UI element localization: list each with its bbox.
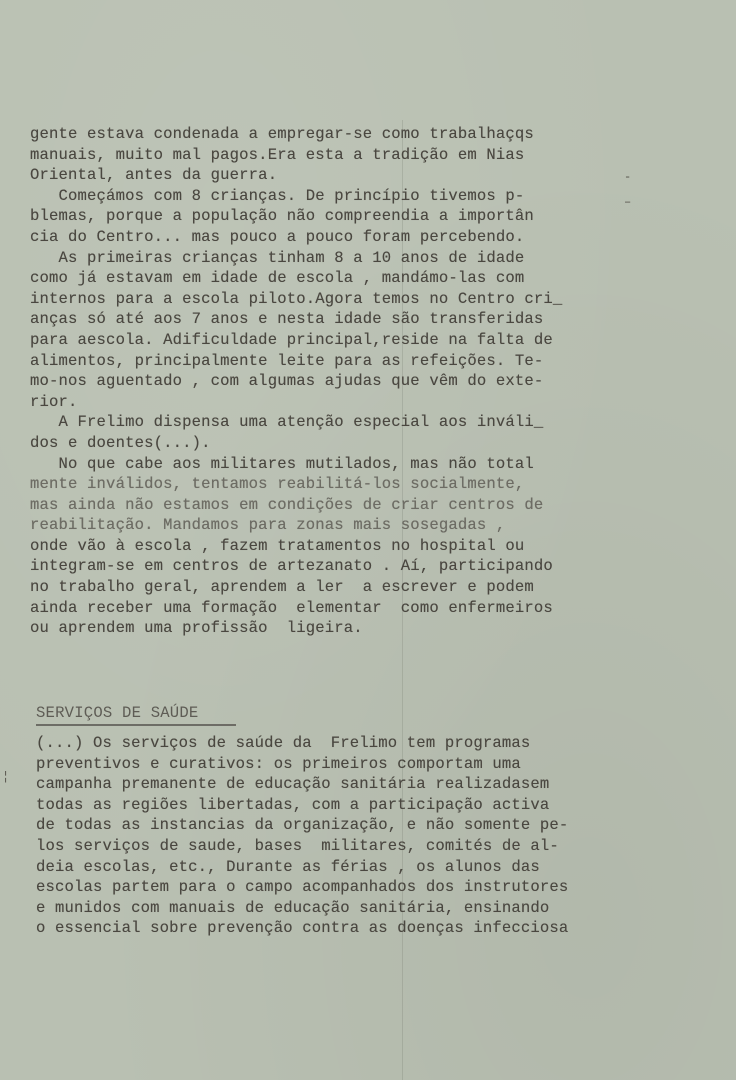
text-line: anças só até aos 7 anos e nesta idade sã…: [30, 309, 720, 330]
margin-mark: –: [624, 195, 631, 209]
typewritten-section: (...) Os serviços de saúde da Frelimo te…: [36, 733, 726, 939]
text-line: ainda receber uma formação elementar com…: [30, 598, 720, 619]
text-line: como já estavam em idade de escola , man…: [30, 268, 720, 289]
text-line: onde vão à escola , fazem tratamentos no…: [30, 536, 720, 557]
text-line: los serviços de saude, bases militares, …: [36, 836, 726, 857]
text-line: e munidos com manuais de educação sanitá…: [36, 898, 726, 919]
typewritten-body: gente estava condenada a empregar-se com…: [30, 124, 720, 639]
text-line: (...) Os serviços de saúde da Frelimo te…: [36, 733, 726, 754]
text-line: alimentos, principalmente leite para as …: [30, 351, 720, 372]
text-line: cia do Centro... mas pouco a pouco foram…: [30, 227, 720, 248]
text-line: para aescola. Adificuldade principal,res…: [30, 330, 720, 351]
text-line: mente inválidos, tentamos reabilitá-los …: [30, 474, 720, 495]
text-line: rior.: [30, 392, 720, 413]
text-line: de todas as instancias da organização, e…: [36, 815, 726, 836]
paper-page: gente estava condenada a empregar-se com…: [0, 0, 736, 1080]
text-line: As primeiras crianças tinham 8 a 10 anos…: [30, 248, 720, 269]
text-line: internos para a escola piloto.Agora temo…: [30, 289, 720, 310]
text-line: No que cabe aos militares mutilados, mas…: [30, 454, 720, 475]
text-line: A Frelimo dispensa uma atenção especial …: [30, 412, 720, 433]
margin-mark: ¦: [2, 770, 9, 784]
text-line: integram-se em centros de artezanato . A…: [30, 556, 720, 577]
section-heading: SERVIÇOS DE SAÚDE: [36, 704, 198, 722]
text-line: gente estava condenada a empregar-se com…: [30, 124, 720, 145]
text-line: manuais, muito mal pagos.Era esta a trad…: [30, 145, 720, 166]
text-line: escolas partem para o campo acompanhados…: [36, 877, 726, 898]
text-line: Oriental, antes da guerra.: [30, 165, 720, 186]
text-line: mas ainda não estamos em condições de cr…: [30, 495, 720, 516]
text-line: reabilitação. Mandamos para zonas mais s…: [30, 515, 720, 536]
text-line: Começámos com 8 crianças. De princípio t…: [30, 186, 720, 207]
text-line: campanha premanente de educação sanitári…: [36, 774, 726, 795]
text-line: blemas, porque a população não compreend…: [30, 206, 720, 227]
text-line: dos e doentes(...).: [30, 433, 720, 454]
text-line: no trabalho geral, aprendem a ler a escr…: [30, 577, 720, 598]
text-line: o essencial sobre prevenção contra as do…: [36, 918, 726, 939]
heading-underline: [36, 724, 236, 726]
text-line: preventivos e curativos: os primeiros co…: [36, 754, 726, 775]
margin-mark: ‐: [624, 170, 631, 184]
text-line: ou aprendem uma profissão ligeira.: [30, 618, 720, 639]
text-line: mo-nos aguentado , com algumas ajudas qu…: [30, 371, 720, 392]
text-line: deia escolas, etc., Durante as férias , …: [36, 857, 726, 878]
text-line: todas as regiões libertadas, com a parti…: [36, 795, 726, 816]
